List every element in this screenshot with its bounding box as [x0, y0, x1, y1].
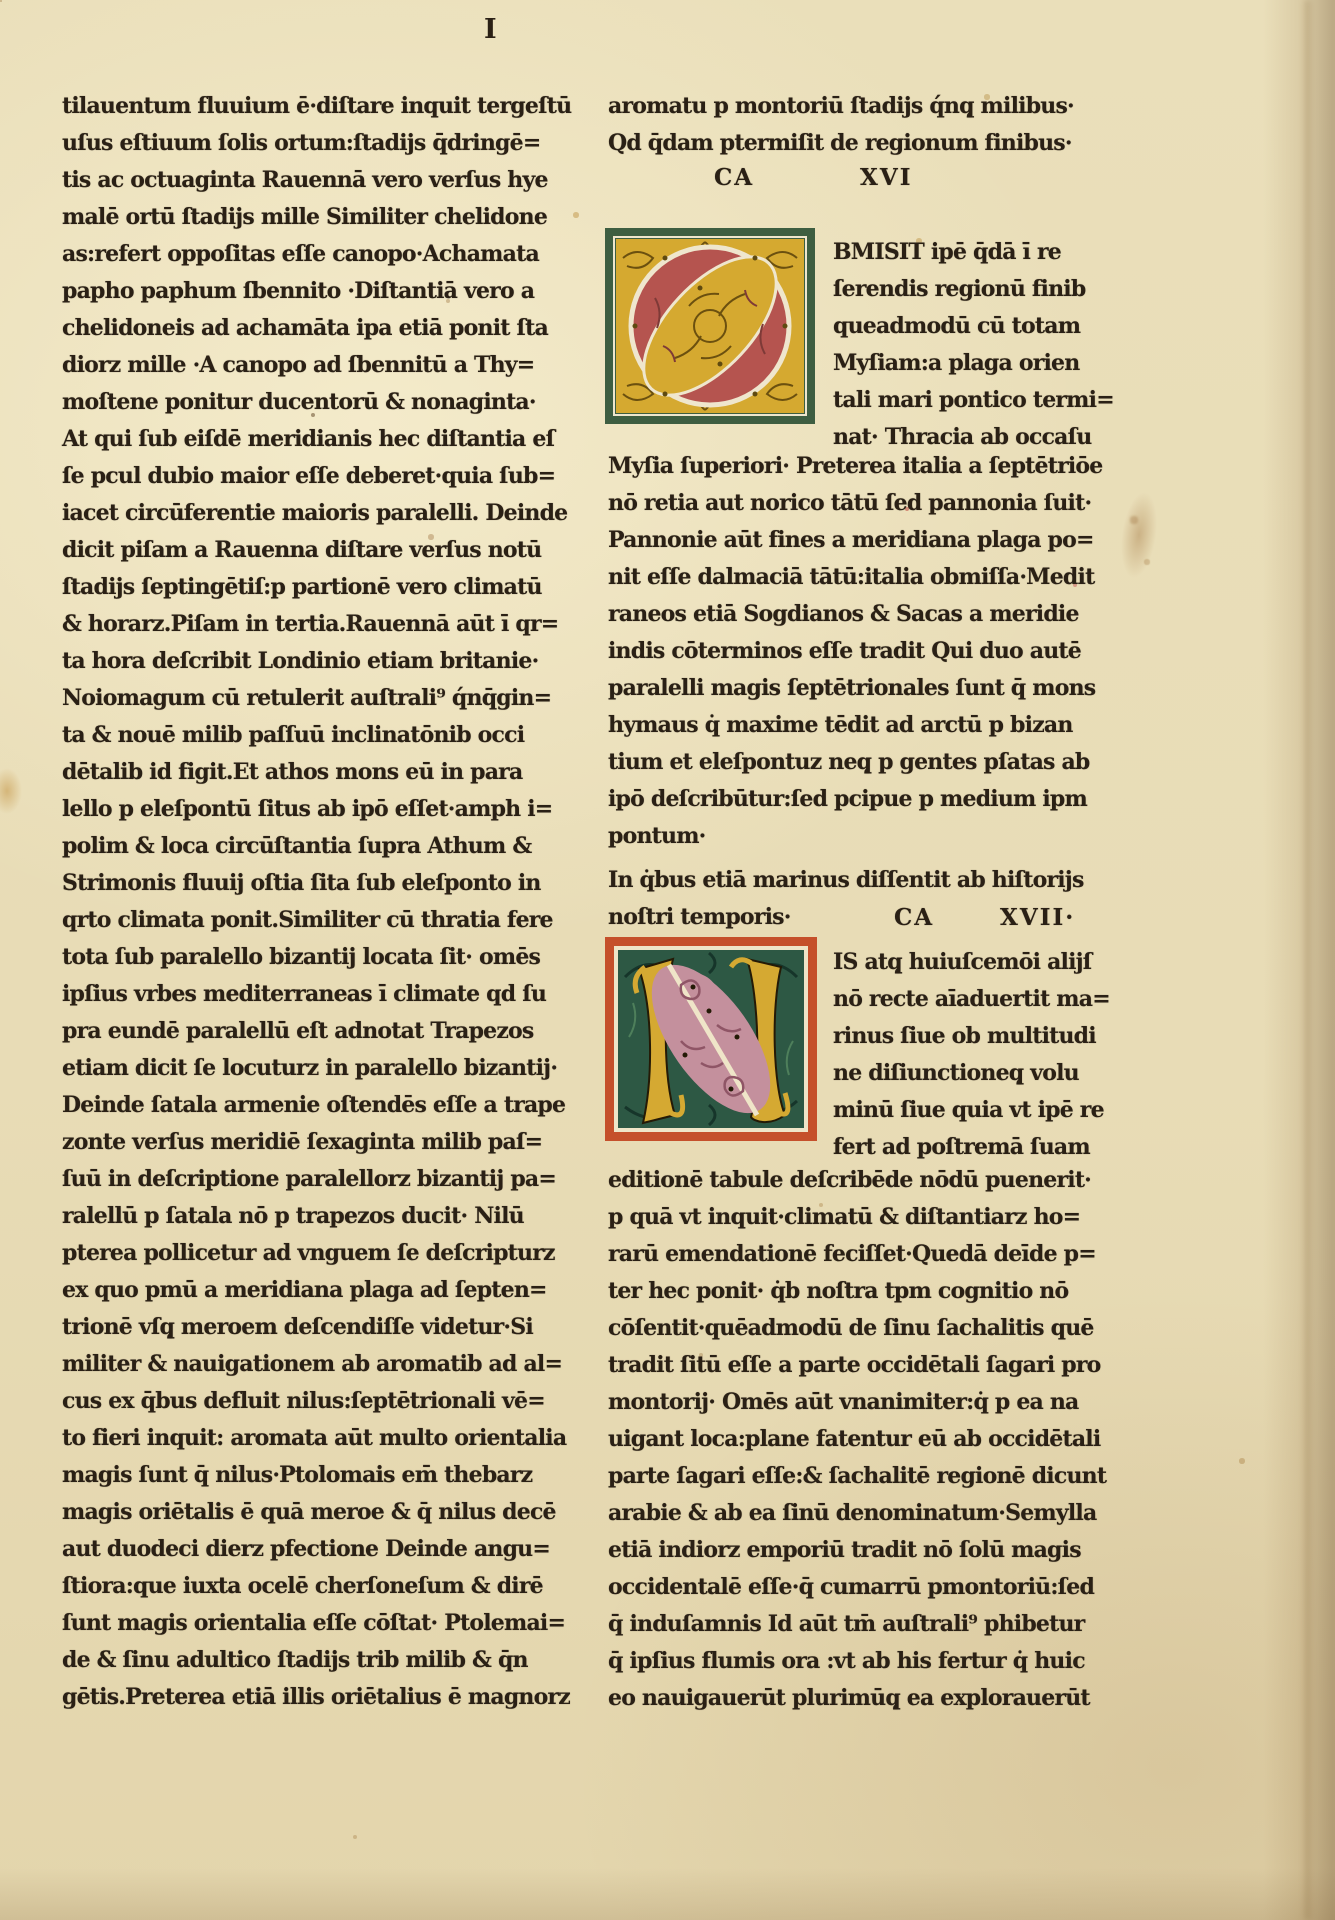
chapter16-body: Myſia ſuperiori· Preterea italia a ſeptē… — [608, 448, 1103, 855]
text-line: BMISIT ipē q̄dā ī re — [833, 234, 1085, 271]
text-line: cōſentit·quēadmodū de ſinu ſachalitis qu… — [608, 1310, 1106, 1347]
page-sheet: I tilauentum fluuium ē·diſtare inquit te… — [0, 0, 1335, 1920]
stain — [0, 768, 22, 814]
text-line: ex quo pmū a meridiana plaga ad ſepten= — [62, 1272, 548, 1309]
text-line: occidentalē eſſe·q̄ cumarrū pmontoriū:ſe… — [608, 1569, 1106, 1606]
chapter17-intro-line: In q̇bus etiā marinus diſſentit ab hiſto… — [608, 862, 1084, 899]
text-line: aut duodeci dierz pfectione Deinde angu= — [62, 1531, 548, 1568]
text-line: to fieri inquit: aromata aūt multo orien… — [62, 1420, 548, 1457]
page-edge-shadow-bottom — [0, 1868, 1335, 1920]
text-line: fert ad poſtremā ſuam — [833, 1129, 1085, 1166]
text-line: lello p eleſpontū ſitus ab ipō eſſet·amp… — [62, 791, 548, 828]
text-line: tota ſub paralello bizantij locata ſit· … — [62, 939, 548, 976]
text-line: uſus eſtiuum ſolis ortum:ſtadijs q̄dring… — [62, 125, 548, 162]
text-line: rarū emendationē feciſſet·Quedā deīde p= — [608, 1236, 1106, 1273]
text-line: chelidoneis ad achamāta ipa etiā ponit ſ… — [62, 310, 548, 347]
text-line: queadmodū cū totam — [833, 308, 1085, 345]
chapter17-wrapped-text: IS atq̨ huiuſcemōi alijſnō recte aīaduer… — [833, 944, 1085, 1166]
chapter-numeral: XVII· — [1000, 904, 1075, 931]
text-line: aromatu p montoriū ſtadijs q́nq̨ milibus… — [608, 88, 1074, 125]
text-line: ſerendis regionū finib — [833, 271, 1085, 308]
text-line: qrto climata ponit.Similiter cū thratia … — [62, 902, 548, 939]
text-line: nō retia aut norico tātū ſed pannonia ſu… — [608, 485, 1103, 522]
chapter16-wrapped-text: BMISIT ipē q̄dā ī reſerendis regionū fin… — [833, 234, 1085, 456]
text-line: ne diſiunctioneq̨ volu — [833, 1055, 1085, 1092]
text-line: iacet circūferentie maioris paralelli. D… — [62, 495, 548, 532]
text-line: dicit piſam a Rauenna diſtare verſus not… — [62, 532, 548, 569]
paper-speckles — [0, 0, 2, 2]
chapter-label: CA — [894, 904, 934, 931]
text-line: p quā vt inquit·climatū & diſtantiarz ho… — [608, 1199, 1106, 1236]
text-line: ipſius vrbes mediterraneas ī climate qd … — [62, 976, 548, 1013]
text-line: pterea pollicetur ad vnguem ſe deſcriptu… — [62, 1235, 548, 1272]
text-line: Deinde ſatala armenie oſtendēs eſſe a tr… — [62, 1087, 548, 1124]
illuminated-initial-o: O — [605, 228, 815, 424]
chapter-numeral: XVI — [860, 164, 912, 191]
text-line: ſtadijs ſeptingētiſ:p partionē vero clim… — [62, 569, 548, 606]
text-line: papho paphum ſbennito ·Diſtantiā vero a — [62, 273, 548, 310]
text-line: uigant loca:plane fatentur eū ab occidēt… — [608, 1421, 1106, 1458]
text-line: tradit ſitū eſſe a parte occidētali ſaga… — [608, 1347, 1106, 1384]
text-line: as:refert oppoſitas eſſe canopo·Achamata — [62, 236, 548, 273]
page-number: I — [484, 14, 497, 45]
text-line: nō recte aīaduertit ma= — [833, 981, 1085, 1018]
chapter16-intro: aromatu p montoriū ſtadijs q́nq̨ milibus… — [608, 88, 1074, 162]
text-line: q̄ induſamnis Id aūt tm̄ auſtrali⁹ phibe… — [608, 1606, 1106, 1643]
text-line: ſuū in deſcriptione paralellorz bizantij… — [62, 1161, 548, 1198]
text-line: Strimonis fluuij oſtia ſita ſub eleſpont… — [62, 865, 548, 902]
text-line: dētalib id figit.Et athos mons eū in par… — [62, 754, 548, 791]
text-line: gētis.Preterea etiā illis oriētalius ē m… — [62, 1679, 548, 1716]
text-line: diorz mille ·A canopo ad ſbennitū a Thy= — [62, 347, 548, 384]
left-text-column: tilauentum fluuium ē·diſtare inquit terg… — [62, 88, 548, 1716]
text-line: tilauentum fluuium ē·diſtare inquit terg… — [62, 88, 548, 125]
text-line: editionē tabule deſcribēde nōdū puenerit… — [608, 1162, 1106, 1199]
text-line: arabie & ab ea ſinū denominatum·Semylla — [608, 1495, 1106, 1532]
text-line: ralellū p ſatala nō p trapezos ducit· Ni… — [62, 1198, 548, 1235]
illuminated-initial-n: N — [605, 937, 817, 1141]
text-line: & horarz.Piſam in tertia.Rauennā aūt ī q… — [62, 606, 548, 643]
text-line: q̄ ipſius flumis ora :vt ab his fertur q… — [608, 1643, 1106, 1680]
chapter17-heading-row: noſtri temporis· CA XVII· — [608, 899, 1086, 936]
stain — [1116, 490, 1162, 580]
text-line: zonte verſus meridiē ſexaginta milib paſ… — [62, 1124, 548, 1161]
text-line: Myſia ſuperiori· Preterea italia a ſeptē… — [608, 448, 1103, 485]
text-line: etiam dicit ſe locuturz in paralello biz… — [62, 1050, 548, 1087]
text-line: noſtri temporis· — [608, 899, 791, 936]
text-line: Qd q̄dam ptermiſit de regionum finibus· — [608, 125, 1074, 162]
text-line: eo nauigauerūt plurimūq̨ ea explorauerūt — [608, 1680, 1106, 1717]
text-line: tium et eleſpontuz neq̨ p gentes pſatas … — [608, 744, 1103, 781]
text-line: ipō deſcribūtur:ſed pcipue p medium ipm — [608, 781, 1103, 818]
text-line: hymaus q̇ maxime tēdit ad arctū p bizan — [608, 707, 1103, 744]
text-line: tali mari pontico termi= — [833, 382, 1085, 419]
text-line: minū ſiue quia vt ipē re — [833, 1092, 1085, 1129]
text-line: montorij· Omēs aūt vnanimiter:q̇ p ea na — [608, 1384, 1106, 1421]
text-line: magis ſunt q̄ nilus·Ptolomais em̄ thebar… — [62, 1457, 548, 1494]
text-line: de & ſinu adultico ſtadijs trib milib & … — [62, 1642, 548, 1679]
right-text-column: aromatu p montoriū ſtadijs q́nq̨ milibus… — [608, 88, 1086, 1728]
text-line: ter hec ponit· q̇b noſtra tpm cognitio n… — [608, 1273, 1106, 1310]
text-line: militer & nauigationem ab aromatib ad al… — [62, 1346, 548, 1383]
text-line: indis cōterminos eſſe tradit Qui duo aut… — [608, 633, 1103, 670]
text-line: Pannonie aūt fines a meridiana plaga po= — [608, 522, 1103, 559]
text-line: cus ex q̄bus defluit nilus:ſeptētrionali… — [62, 1383, 548, 1420]
text-line: ta hora deſcribit Londinio etiam britani… — [62, 643, 548, 680]
text-line: polim & loca circūſtantia ſupra Athum & — [62, 828, 548, 865]
text-line: paralelli magis ſeptētrionales ſunt q̄ m… — [608, 670, 1103, 707]
text-line: malē ortū ſtadijs mille Similiter chelid… — [62, 199, 548, 236]
text-line: etiā indiorz emporiū tradit nō ſolū magi… — [608, 1532, 1106, 1569]
text-line: raneos etiā Sogdianos & Sacas a meridie — [608, 596, 1103, 633]
text-line: nit eſſe dalmaciā tātū:italia obmiſſa·Me… — [608, 559, 1103, 596]
text-line: At qui ſub eiſdē meridianis hec diſtanti… — [62, 421, 548, 458]
text-line: ſunt magis orientalia eſſe cōſtat· Ptole… — [62, 1605, 548, 1642]
text-line: rinus ſiue ob multitudi — [833, 1018, 1085, 1055]
text-line: ſe pcul dubio maior eſſe deberet·quia ſu… — [62, 458, 548, 495]
text-line: pontum· — [608, 818, 1103, 855]
text-line: IS atq̨ huiuſcemōi alijſ — [833, 944, 1085, 981]
chapter17-body: editionē tabule deſcribēde nōdū puenerit… — [608, 1162, 1106, 1717]
text-line: Noiomagum cū retulerit auſtrali⁹ q́nq̄gi… — [62, 680, 548, 717]
text-line: ta & nouē milib paſſuū inclinatōnib occi — [62, 717, 548, 754]
text-line: magis oriētalis ē quā meroe & q̄ nilus d… — [62, 1494, 548, 1531]
text-line: tis ac octuaginta Rauennā vero verſus hy… — [62, 162, 548, 199]
text-line: parte ſagari eſſe:& ſachalitē regionē di… — [608, 1458, 1106, 1495]
text-line: Myſiam:a plaga orien — [833, 345, 1085, 382]
text-line: trionē vſq̨ meroem deſcendiſſe videtur·S… — [62, 1309, 548, 1346]
text-line: moſtene ponitur ducentorū & nonaginta· — [62, 384, 548, 421]
text-line: ſtiora:que iuxta ocelē cherſoneſum & dir… — [62, 1568, 548, 1605]
page-edge-shadow-right — [1263, 0, 1335, 1920]
text-line: pra eundē paralellū eſt adnotat Trapezos — [62, 1013, 548, 1050]
chapter-label: CA — [714, 164, 754, 191]
